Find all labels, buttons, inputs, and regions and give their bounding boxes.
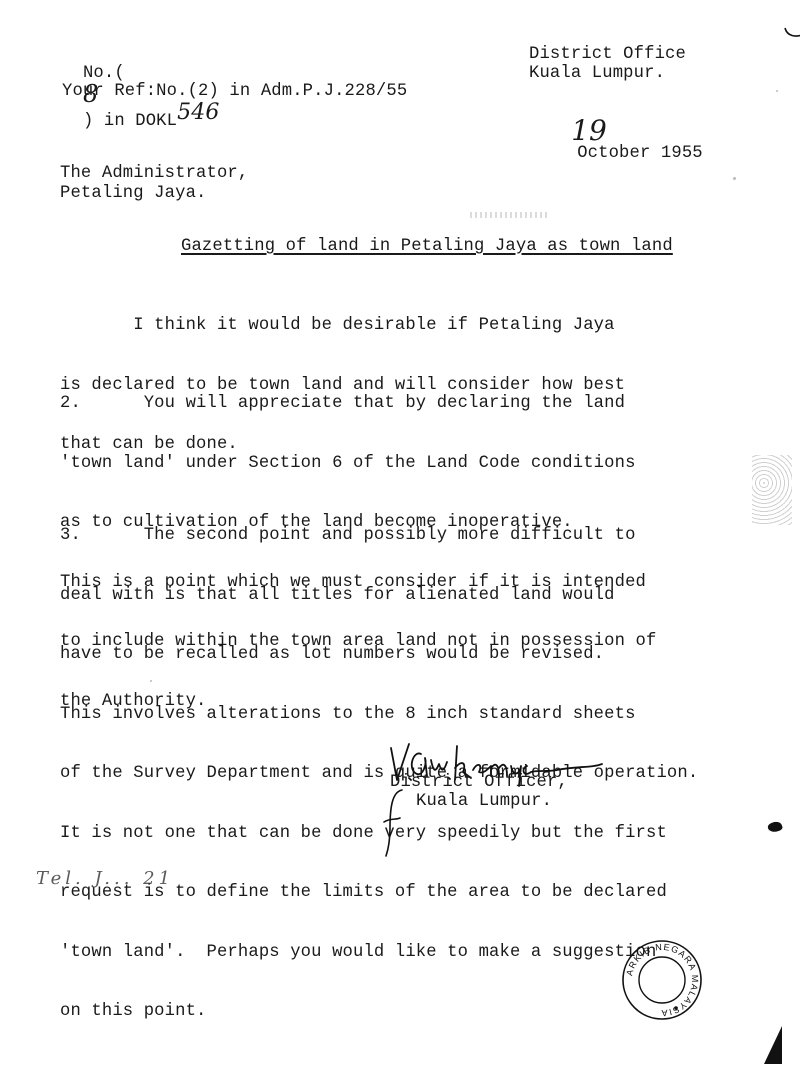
archive-stamp: ARKIB NEGARA MALAYSIA [620, 938, 700, 1018]
speck [733, 177, 736, 180]
paragraph-line: 'town land'. Perhaps you would like to m… [60, 943, 698, 963]
signatory-location: Kuala Lumpur. [416, 792, 552, 812]
your-reference: Your Ref:No.(2) in Adm.P.J.228/55 [62, 82, 407, 102]
ink-blot [767, 820, 784, 834]
paragraph-line: have to be recalled as lot numbers would… [60, 645, 698, 665]
office-line-1: District Office [529, 45, 686, 65]
archive-stamp-icon: ARKIB NEGARA MALAYSIA [620, 938, 704, 1022]
paragraph-line: on this point. [60, 1002, 698, 1022]
paragraph-line: 3. The second point and possibly more di… [60, 526, 698, 546]
addressee-line-2: Petaling Jaya. [60, 184, 207, 204]
date-typed: October 1955 [577, 144, 703, 163]
signatory-title: District Officer, [390, 773, 568, 793]
curve-mark-icon [783, 26, 800, 40]
corner-shadow [764, 1026, 782, 1064]
office-line-2: Kuala Lumpur. [529, 64, 665, 84]
paragraph-line: I think it would be desirable if Petalin… [60, 316, 625, 336]
scan-noise [752, 455, 792, 525]
scan-mark-top [764, 8, 800, 45]
file-no-suffix: ) in DOKL [83, 112, 177, 131]
speck [776, 90, 778, 92]
date-handwritten: 19 [571, 114, 607, 147]
addressee-line-1: The Administrator, [60, 164, 248, 184]
initial-scrawl-icon [382, 788, 406, 858]
marginal-note: Tel. J... 21 [36, 868, 174, 889]
date: 19 October 1955 [552, 96, 703, 167]
paragraph-line: deal with is that all titles for alienat… [60, 586, 698, 606]
subject-line: Gazetting of land in Petaling Jaya as to… [181, 237, 673, 257]
file-no-handwritten-2: 546 [177, 100, 219, 125]
smudge [470, 212, 550, 218]
svg-text:ARKIB NEGARA MALAYSIA: ARKIB NEGARA MALAYSIA [624, 942, 700, 1018]
speck [150, 680, 152, 682]
paragraph-line: 'town land' under Section 6 of the Land … [60, 454, 656, 474]
paragraph-line: 2. You will appreciate that by declaring… [60, 394, 656, 414]
